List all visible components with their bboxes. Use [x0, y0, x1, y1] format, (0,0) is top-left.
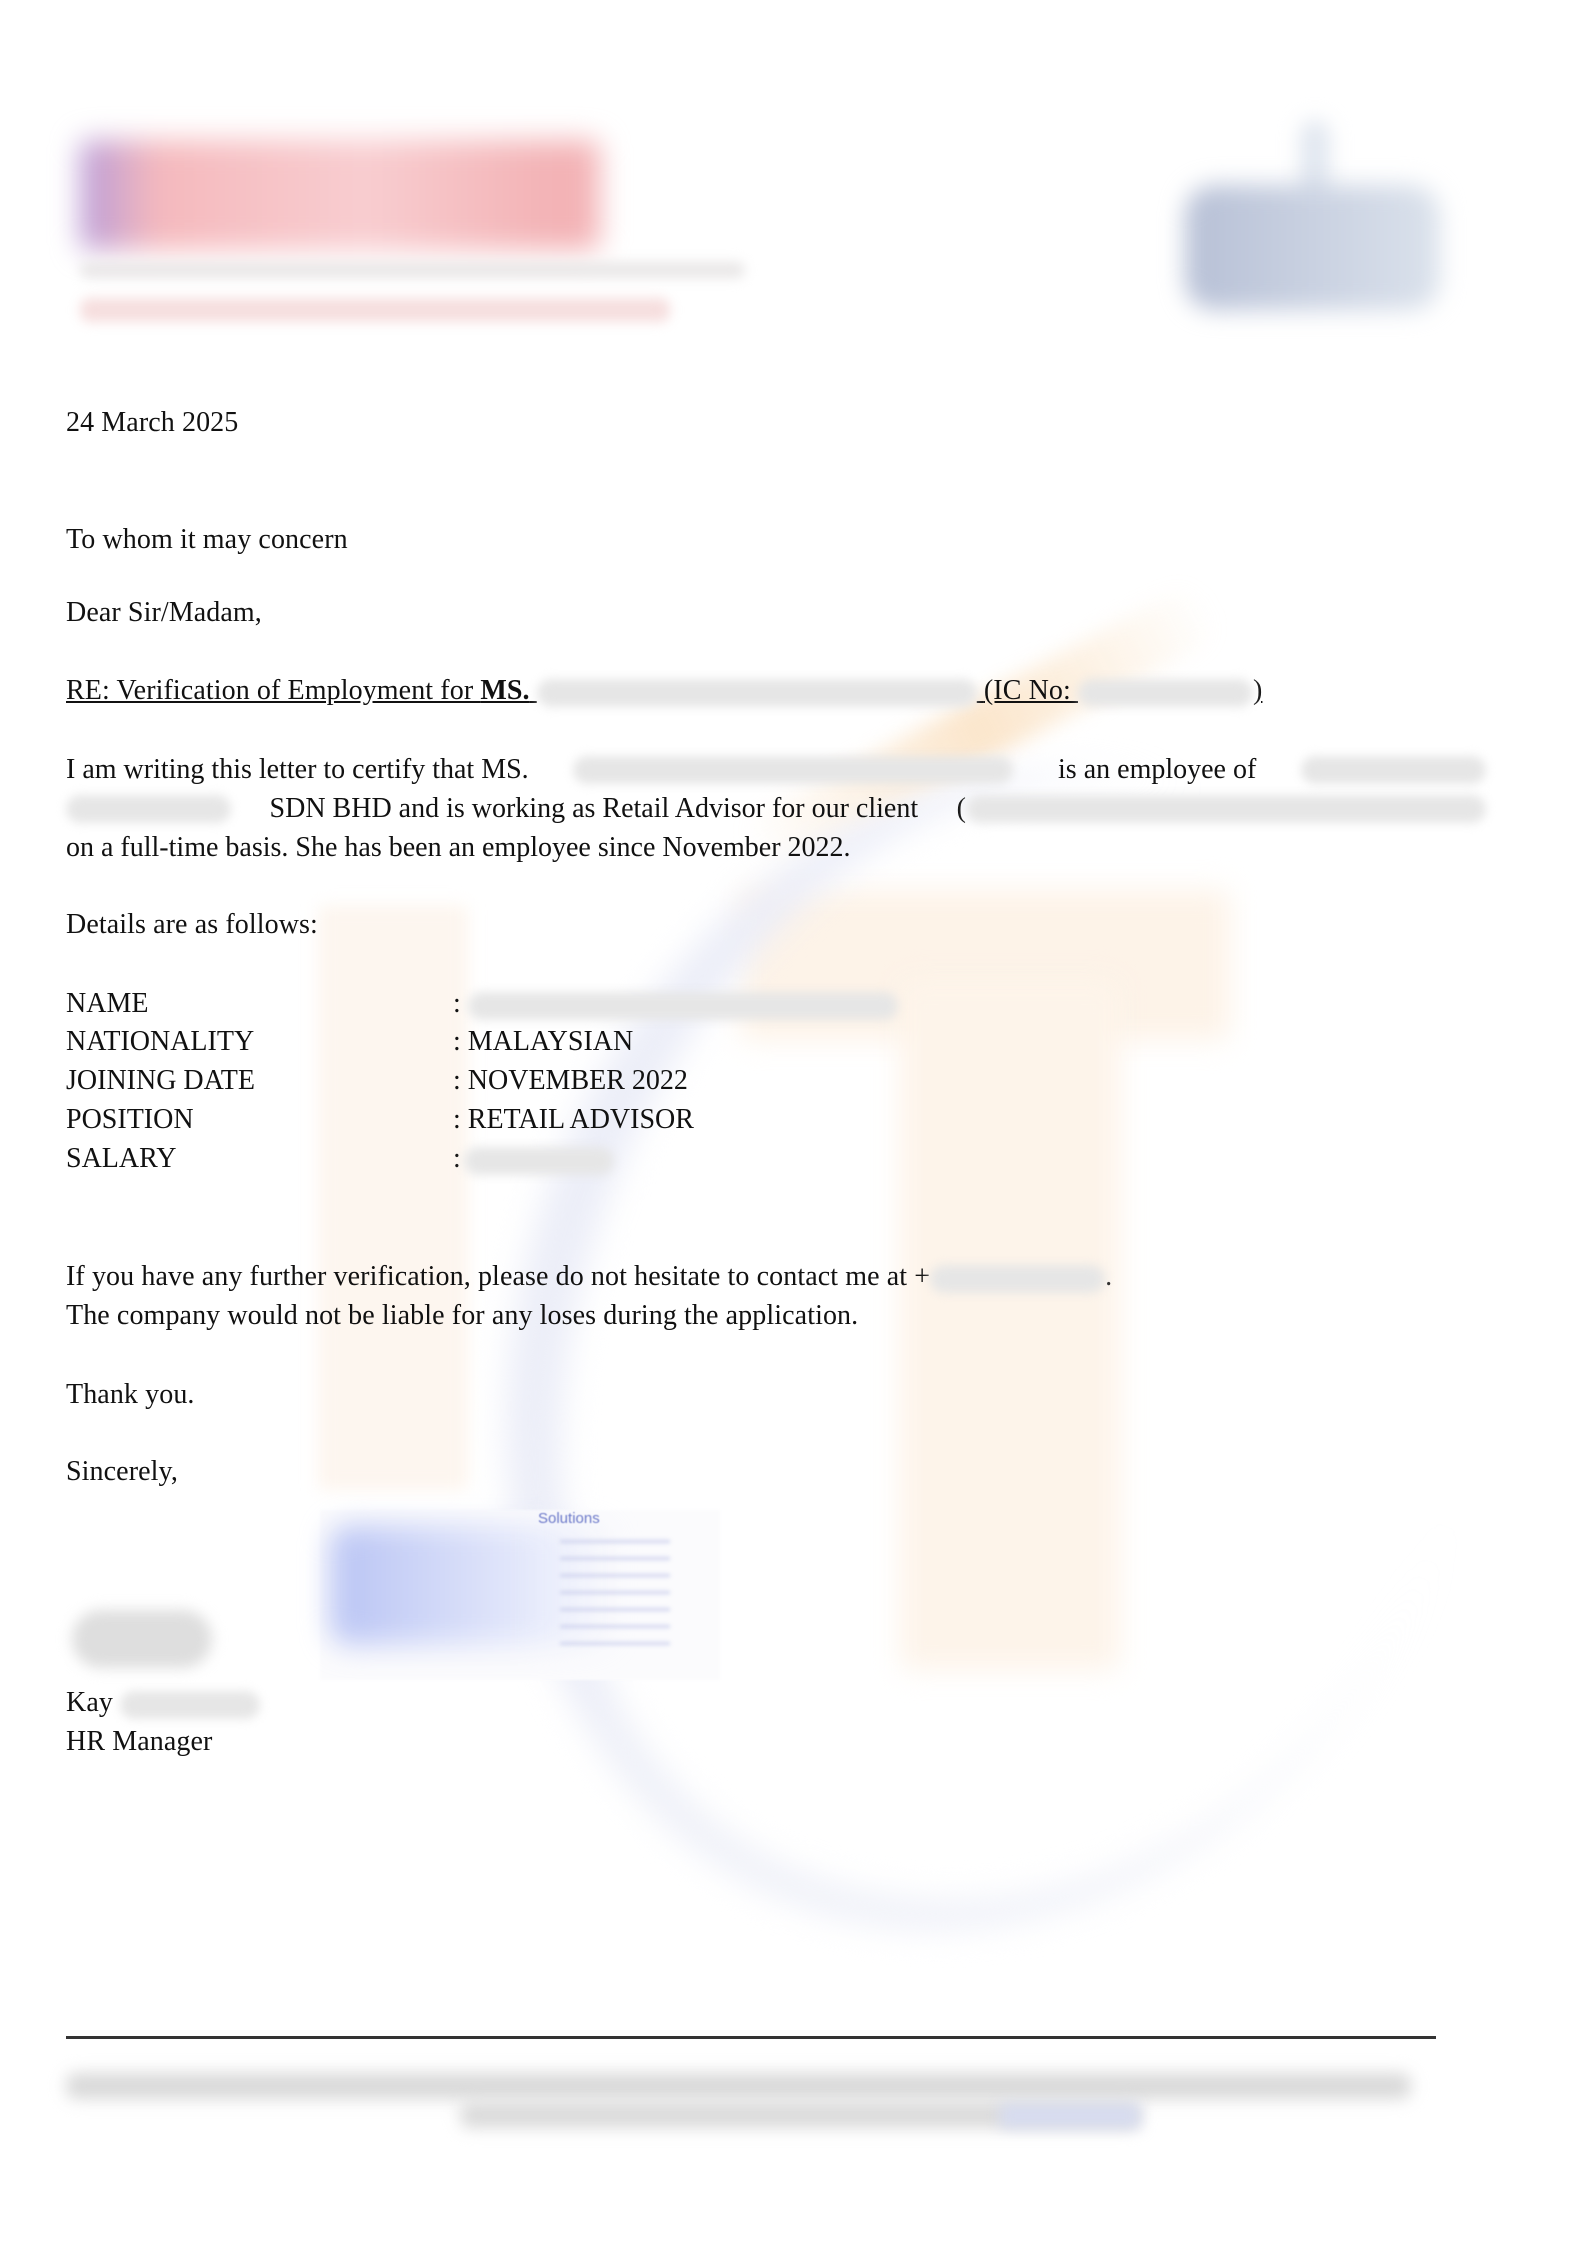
body-text: on a full-time basis. She has been an em… [66, 828, 851, 867]
body-text: is an employee of [1058, 750, 1256, 789]
footer-divider [66, 2036, 1436, 2039]
body-text: SDN BHD and is working as Retail Advisor… [270, 789, 919, 828]
subject-title: MS. [480, 675, 529, 706]
body-text: I am writing this letter to certify that… [66, 750, 529, 789]
watermark-letter-t-stem [900, 980, 1120, 1670]
closing-line: Sincerely, [66, 1455, 178, 1489]
salutation: Dear Sir/Madam, [66, 596, 262, 630]
company-address-redacted [80, 262, 745, 278]
partner-logo-redacted [1185, 185, 1440, 310]
detail-value: : NOVEMBER 2022 [453, 1065, 688, 1096]
detail-row-nationality: NATIONALITY: MALAYSIAN [66, 1025, 633, 1059]
footer-address-redacted [66, 2073, 1411, 2099]
signatory-name: Kay [66, 1686, 260, 1720]
letter-page: 24 March 2025 To whom it may concern Dea… [0, 0, 1587, 2245]
employee-name-redacted [573, 756, 1013, 784]
subject-ic-label: (IC No: [984, 675, 1078, 706]
detail-value: : RETAIL ADVISOR [453, 1104, 694, 1135]
employee-name-redacted [537, 679, 977, 707]
footer-website-link-redacted [1000, 2104, 1140, 2128]
detail-label: NAME [66, 987, 453, 1021]
signatory-title: HR Manager [66, 1725, 212, 1759]
signature-redacted [72, 1610, 212, 1668]
contact-text: If you have any further verification, pl… [66, 1261, 930, 1292]
recipient-line: To whom it may concern [66, 523, 348, 557]
client-name-redacted [966, 795, 1486, 823]
employee-name-redacted [468, 992, 898, 1020]
detail-row-name: NAME: [66, 987, 898, 1021]
thanks-line: Thank you. [66, 1378, 195, 1412]
detail-label: POSITION [66, 1103, 453, 1137]
company-name-redacted [66, 795, 231, 823]
subject-ic-close: ) [1253, 675, 1262, 706]
stamp-text: Solutions [538, 1510, 600, 1527]
detail-label: NATIONALITY [66, 1025, 453, 1059]
detail-label: JOINING DATE [66, 1064, 453, 1098]
company-name-redacted [1301, 756, 1486, 784]
body-line-3: on a full-time basis. She has been an em… [66, 828, 1486, 867]
body-line-1: I am writing this letter to certify that… [66, 750, 1486, 789]
body-line-2: SDN BHD and is working as Retail Advisor… [66, 789, 1486, 828]
detail-value: : [453, 988, 461, 1019]
phone-number-redacted [930, 1265, 1105, 1293]
detail-row-joining-date: JOINING DATE: NOVEMBER 2022 [66, 1064, 688, 1098]
subject-line: RE: Verification of Employment for MS. (… [66, 674, 1262, 708]
subject-prefix: RE: Verification of Employment for [66, 675, 480, 706]
body-text: ( [957, 789, 966, 828]
letter-date: 24 March 2025 [66, 406, 238, 440]
detail-row-position: POSITION: RETAIL ADVISOR [66, 1103, 694, 1137]
company-contact-redacted [80, 298, 670, 322]
stamp-details-redacted [560, 1540, 670, 1650]
detail-label: SALARY [66, 1142, 453, 1176]
signatory-surname-redacted [120, 1691, 260, 1719]
company-logo-redacted [80, 140, 600, 250]
details-intro: Details are as follows: [66, 908, 318, 942]
salary-redacted [464, 1147, 614, 1175]
detail-value: : MALAYSIAN [453, 1026, 633, 1057]
detail-row-salary: SALARY: [66, 1142, 614, 1176]
signatory-first-name: Kay [66, 1687, 113, 1718]
contact-line: If you have any further verification, pl… [66, 1260, 1112, 1294]
ic-number-redacted [1078, 679, 1253, 707]
body-paragraph: I am writing this letter to certify that… [66, 750, 1486, 867]
liability-line: The company would not be liable for any … [66, 1299, 858, 1333]
